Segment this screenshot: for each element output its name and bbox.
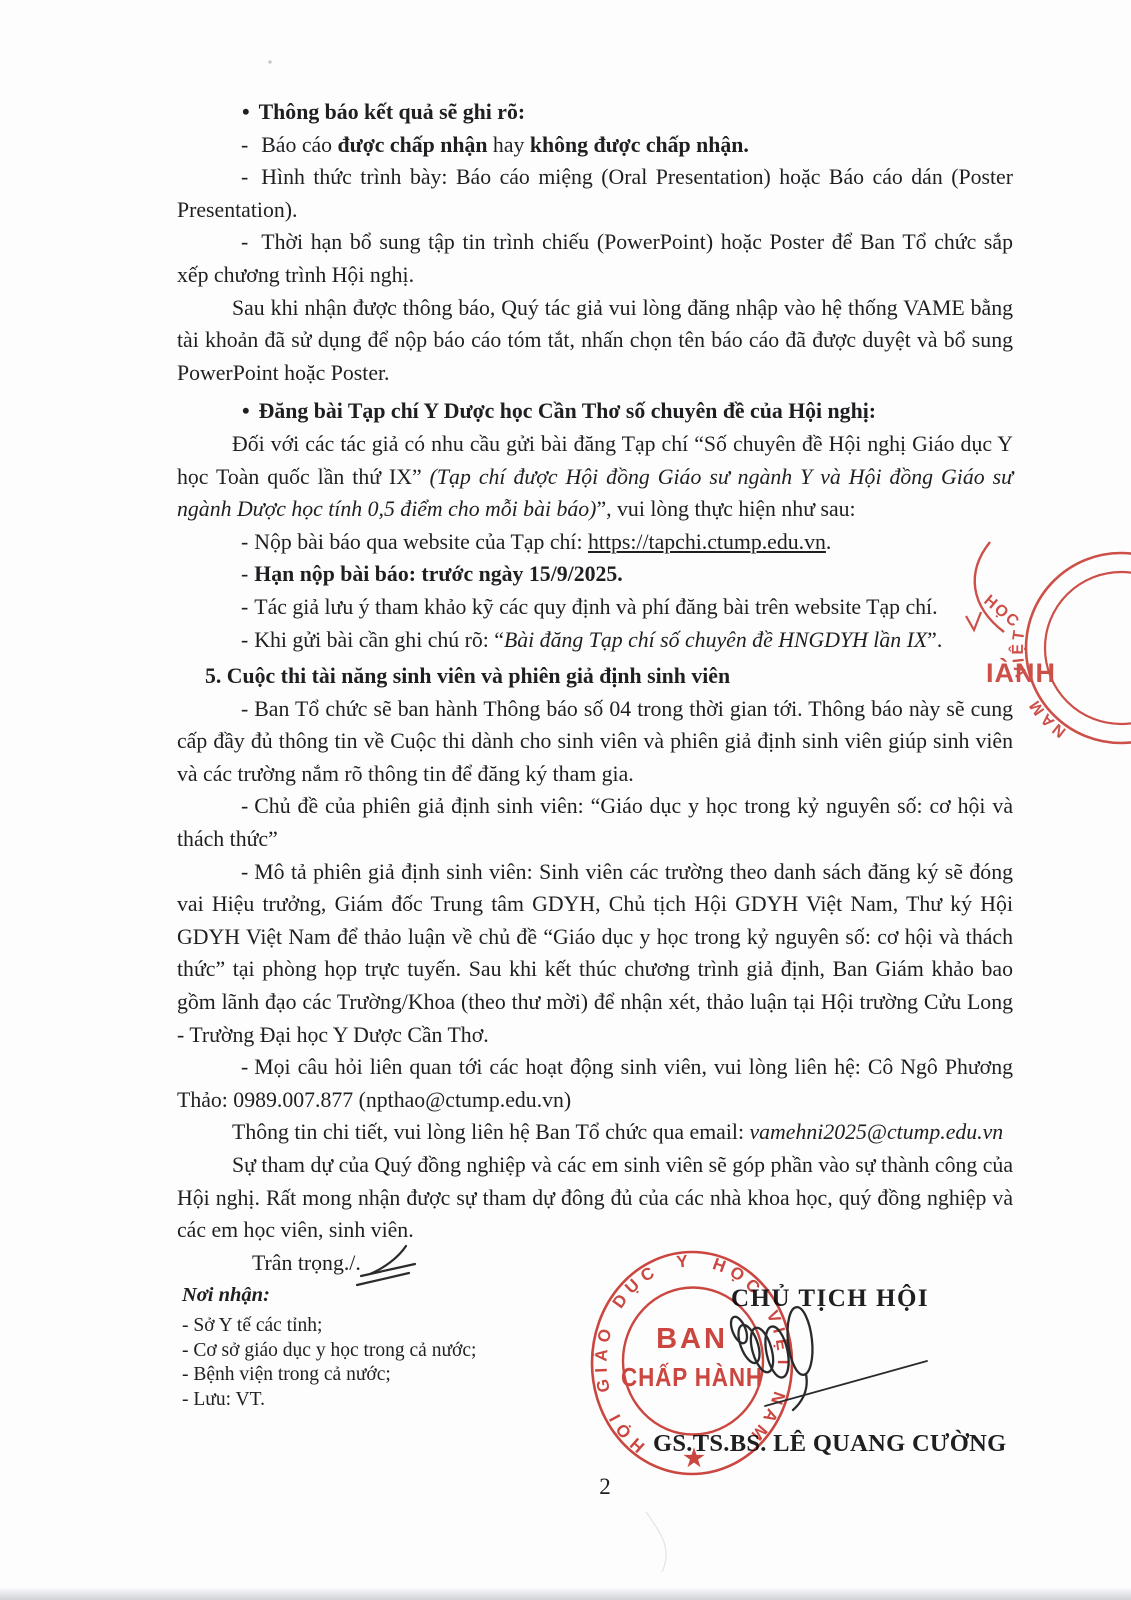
recipients-list: - Sở Y tế các tỉnh;- Cơ sở giáo dục y họ…	[182, 1314, 476, 1412]
dash-marker: -	[241, 697, 254, 721]
para-journal-fees: -Tác giả lưu ý tham khảo kỹ các quy định…	[177, 591, 1013, 624]
text-segment: Mô tả phiên giả định sinh viên: Sinh viê…	[177, 860, 1013, 1047]
para-announcement-04: -Ban Tổ chức sẽ ban hành Thông báo số 04…	[177, 693, 1013, 791]
recipient-item: - Lưu: VT.	[182, 1388, 476, 1413]
document-body: •Thông báo kết quả sẽ ghi rõ:-Báo cáo đư…	[177, 96, 1013, 1279]
recipients-title: Nơi nhận:	[182, 1284, 476, 1307]
text-segment: 5. Cuộc thi tài năng sinh viên và phiên …	[205, 664, 730, 688]
text-segment: Mọi câu hỏi liên quan tới các hoạt động …	[177, 1055, 1013, 1112]
para-closing-remarks: Sự tham dự của Quý đồng nghiệp và các em…	[177, 1149, 1013, 1247]
text-segment: Khi gửi bài cần ghi chú rõ: “	[254, 628, 504, 652]
text-segment: ”, vui lòng thực hiện như sau:	[596, 497, 855, 521]
scanned-document-page: •Thông báo kết quả sẽ ghi rõ:-Báo cáo đư…	[0, 0, 1131, 1600]
signer-role-title: CHỦ TỊCH HỘI	[731, 1285, 929, 1313]
text-segment: Đăng bài Tạp chí Y Dược học Cần Thơ số c…	[259, 399, 876, 423]
bullet-marker: •	[242, 399, 259, 423]
bullet-marker: •	[242, 100, 259, 124]
stamp-center-line2: CHẤP HÀNH	[621, 1362, 763, 1392]
scan-bottom-edge	[0, 1587, 1131, 1600]
text-segment: hay	[487, 133, 529, 157]
stamp-center-line1: BAN	[656, 1323, 728, 1355]
text-segment: Hình thức trình bày: Báo cáo miệng (Oral…	[177, 165, 1013, 222]
svg-text:NAM VIỆT: NAM VIỆT	[1008, 627, 1069, 741]
stamp-ring-text: HỘI GIÁO DỤC Y HỌC VIỆT NAM	[591, 1251, 793, 1456]
page-number: 2	[540, 1474, 670, 1500]
text-segment: Ban Tổ chức sẽ ban hành Thông báo số 04 …	[177, 697, 1013, 786]
text-segment: Thông báo kết quả sẽ ghi rõ:	[259, 100, 525, 124]
text-segment: không được chấp nhận.	[530, 133, 749, 157]
para-notice-results: •Thông báo kết quả sẽ ghi rõ:	[177, 96, 1013, 129]
recipients-block: Nơi nhận: - Sở Y tế các tỉnh;- Cơ sở giá…	[182, 1284, 476, 1412]
para-journal-deadline: -Hạn nộp bài báo: trước ngày 15/9/2025.	[177, 558, 1013, 591]
text-segment: vamehni2025@ctump.edu.vn	[749, 1120, 1003, 1144]
text-segment: Nộp bài báo qua website của Tạp chí:	[254, 530, 588, 554]
signature-scribble	[728, 1306, 927, 1410]
para-deadline-supplement: -Thời hạn bổ sung tập tin trình chiếu (P…	[177, 226, 1013, 291]
para-journal-submit: -Nộp bài báo qua website của Tạp chí: ht…	[177, 526, 1013, 559]
dash-marker: -	[241, 628, 254, 652]
para-journal-heading: •Đăng bài Tạp chí Y Dược học Cần Thơ số …	[177, 395, 1013, 428]
partial-stamp-ring-text: NAM VIỆT	[1008, 627, 1069, 741]
text-segment: Sự tham dự của Quý đồng nghiệp và các em…	[177, 1153, 1013, 1242]
dash-marker: -	[241, 133, 261, 157]
svg-text:HỘI GIÁO DỤC Y HỌC VIỆT NAM: HỘI GIÁO DỤC Y HỌC VIỆT NAM	[591, 1251, 793, 1456]
text-segment: Bài đăng Tạp chí số chuyên đề HNGDYH lần…	[504, 628, 927, 652]
dash-marker: -	[241, 1055, 254, 1079]
text-segment: Trân trọng./.	[252, 1251, 361, 1275]
text-segment: Thời hạn bổ sung tập tin trình chiếu (Po…	[177, 230, 1013, 287]
text-segment: Thông tin chi tiết, vui lòng liên hệ Ban…	[232, 1120, 749, 1144]
para-session-description: -Mô tả phiên giả định sinh viên: Sinh vi…	[177, 856, 1013, 1052]
text-segment: .	[826, 530, 831, 554]
para-vame-login: Sau khi nhận được thông báo, Quý tác giả…	[177, 292, 1013, 390]
text-segment: Tác giả lưu ý tham khảo kỹ các quy định …	[254, 595, 937, 619]
text-segment: Hạn nộp bài báo: trước ngày 15/9/2025.	[254, 562, 623, 586]
recipient-item: - Sở Y tế các tỉnh;	[182, 1314, 476, 1339]
text-segment: Sau khi nhận được thông báo, Quý tác giả…	[177, 296, 1013, 385]
dash-marker: -	[241, 230, 261, 254]
heading-student-competition: 5. Cuộc thi tài năng sinh viên và phiên …	[177, 660, 1013, 693]
recipient-item: - Bệnh viện trong cả nước;	[182, 1363, 476, 1388]
para-detail-contact: Thông tin chi tiết, vui lòng liên hệ Ban…	[177, 1116, 1013, 1149]
dash-marker: -	[241, 562, 254, 586]
text-segment: Chủ đề của phiên giả định sinh viên: “Gi…	[177, 794, 1013, 851]
para-journal-note: -Khi gửi bài cần ghi chú rõ: “Bài đăng T…	[177, 624, 1013, 657]
para-presentation-format: -Hình thức trình bày: Báo cáo miệng (Ora…	[177, 161, 1013, 226]
closing-salutation: Trân trọng./.	[177, 1247, 1013, 1280]
para-journal-intro: Đối với các tác giả có nhu cầu gửi bài đ…	[177, 428, 1013, 526]
dash-marker: -	[241, 530, 254, 554]
para-student-contact: -Mọi câu hỏi liên quan tới các hoạt động…	[177, 1051, 1013, 1116]
dash-marker: -	[241, 860, 254, 884]
signer-name: GS.TS.BS. LÊ QUANG CƯỜNG	[653, 1430, 1006, 1458]
para-session-topic: -Chủ đề của phiên giả định sinh viên: “G…	[177, 790, 1013, 855]
text-segment: ”.	[927, 628, 942, 652]
text-segment: được chấp nhận	[338, 133, 488, 157]
dash-marker: -	[241, 794, 254, 818]
journal-website-url[interactable]: https://tapchi.ctump.edu.vn	[588, 530, 826, 554]
para-acceptance: -Báo cáo được chấp nhận hay không được c…	[177, 129, 1013, 162]
dash-marker: -	[241, 165, 261, 189]
dash-marker: -	[241, 595, 254, 619]
recipient-item: - Cơ sở giáo dục y học trong cả nước;	[182, 1339, 476, 1364]
text-segment: Báo cáo	[261, 133, 337, 157]
